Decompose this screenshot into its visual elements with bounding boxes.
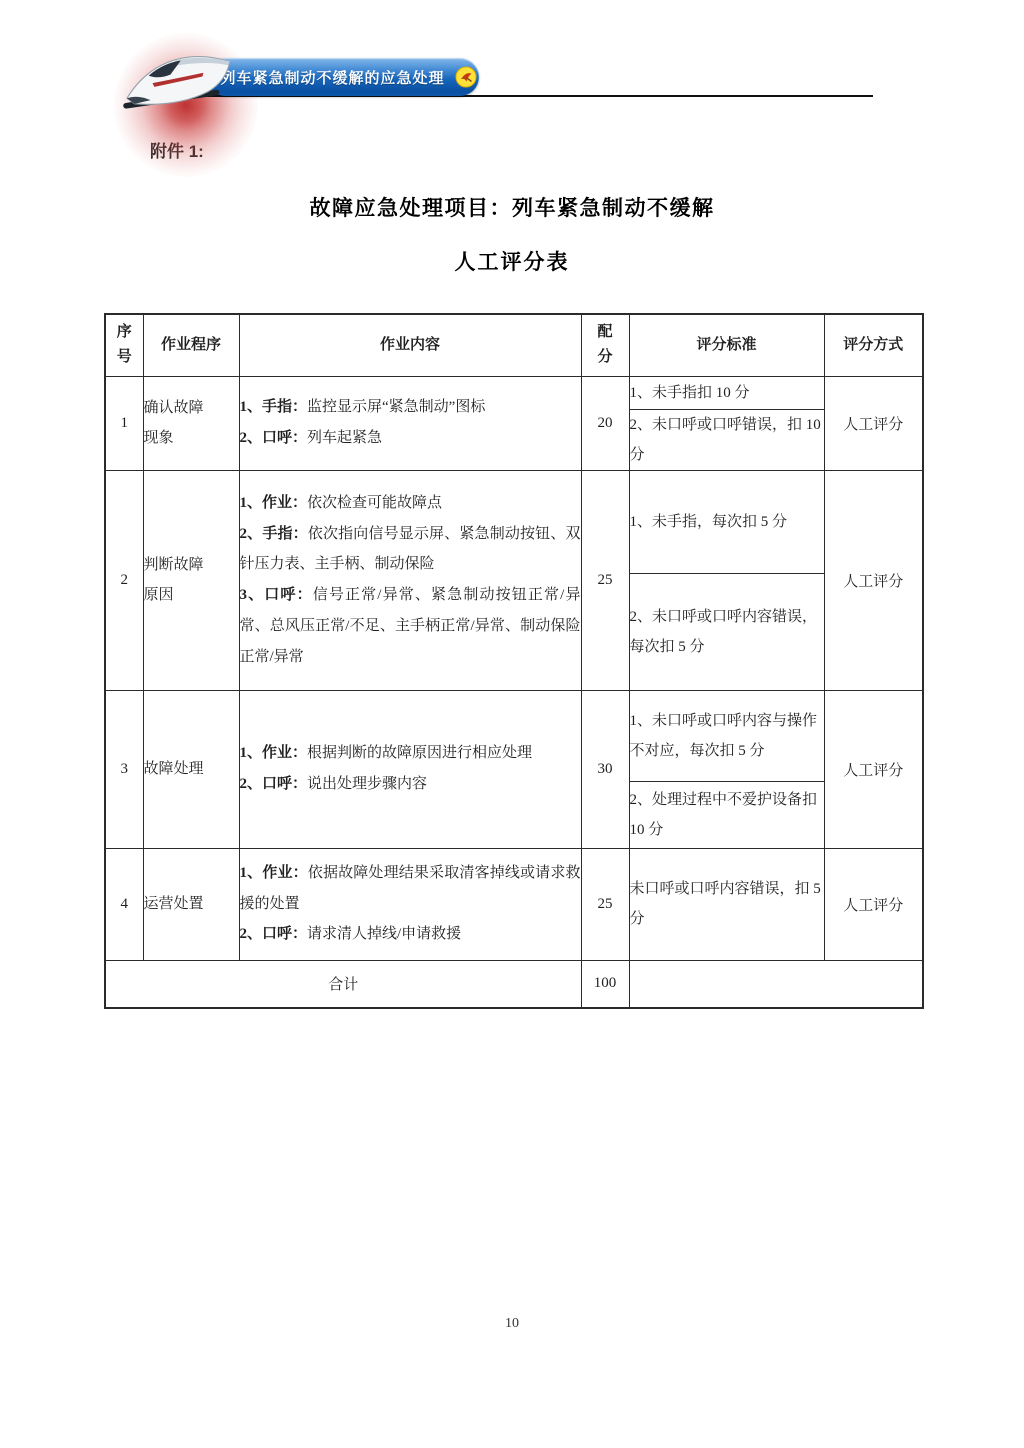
score-table: 序号 作业程序 作业内容 配分 评分标准 评分方式 1 确认故障现象 1、手指：…: [104, 313, 924, 1009]
content-line: 1、作业：依次检查可能故障点: [240, 488, 581, 519]
method-cell: 人工评分: [824, 376, 923, 470]
procedure-cell: 判断故障原因: [143, 470, 239, 690]
criteria-cell: 2、未口呼或口呼错误，扣 10 分: [629, 409, 824, 470]
col-header-procedure: 作业程序: [143, 314, 239, 376]
table-row: 4 运营处置 1、作业：依据故障处理结果采取清客掉线或请求救援的处置 2、口呼：…: [105, 848, 923, 960]
content-cell: 1、作业：根据判断的故障原因进行相应处理 2、口呼：说出处理步骤内容: [239, 690, 581, 848]
content-line: 1、作业：根据判断的故障原因进行相应处理: [240, 738, 581, 769]
criteria-cell: 2、处理过程中不爱护设备扣 10 分: [629, 781, 824, 848]
bold-label: 1、作业：: [240, 495, 308, 511]
score-cell: 30: [581, 690, 629, 848]
badge-icon: [455, 66, 477, 88]
content-cell: 1、作业：依次检查可能故障点 2、手指：依次指向信号显示屏、紧急制动按钮、双针压…: [239, 470, 581, 690]
col-header-criteria: 评分标准: [629, 314, 824, 376]
procedure-cell: 运营处置: [143, 848, 239, 960]
bold-label: 2、口呼：: [240, 926, 308, 942]
score-cell: 25: [581, 470, 629, 690]
col-header-content: 作业内容: [239, 314, 581, 376]
bold-label: 2、口呼：: [240, 430, 308, 446]
document-page: 列车紧急制动不缓解的应急处理 附件 1: 故障应急处理项目：列车紧急制动不缓解 …: [0, 0, 1024, 1448]
table-row: 2 判断故障原因 1、作业：依次检查可能故障点 2、手指：依次指向信号显示屏、紧…: [105, 470, 923, 573]
content-line: 2、手指：依次指向信号显示屏、紧急制动按钮、双针压力表、主手柄、制动保险: [240, 519, 581, 581]
bold-label: 1、作业：: [240, 745, 308, 761]
content-line: 2、口呼：列车起紧急: [240, 423, 581, 454]
content-line: 2、口呼：说出处理步骤内容: [240, 769, 581, 800]
procedure-cell: 故障处理: [143, 690, 239, 848]
score-cell: 25: [581, 848, 629, 960]
bold-label: 2、手指：: [240, 526, 308, 542]
seq-cell: 2: [105, 470, 143, 690]
content-cell: 1、手指：监控显示屏“紧急制动”图标 2、口呼：列车起紧急: [239, 376, 581, 470]
header-banner: 列车紧急制动不缓解的应急处理: [206, 58, 479, 96]
col-header-seq: 序号: [105, 314, 143, 376]
total-score-cell: 100: [581, 960, 629, 1008]
method-cell: 人工评分: [824, 470, 923, 690]
seq-cell: 4: [105, 848, 143, 960]
seq-cell: 1: [105, 376, 143, 470]
doc-subtitle: 人工评分表: [0, 246, 1024, 276]
criteria-cell: 1、未手指扣 10 分: [629, 376, 824, 409]
table-row: 3 故障处理 1、作业：根据判断的故障原因进行相应处理 2、口呼：说出处理步骤内…: [105, 690, 923, 781]
col-header-method: 评分方式: [824, 314, 923, 376]
seq-cell: 3: [105, 690, 143, 848]
bold-label: 2、口呼：: [240, 776, 308, 792]
bold-label: 3、口呼：: [240, 587, 313, 603]
method-cell: 人工评分: [824, 848, 923, 960]
score-cell: 20: [581, 376, 629, 470]
table-total-row: 合计 100: [105, 960, 923, 1008]
content-cell: 1、作业：依据故障处理结果采取清客掉线或请求救援的处置 2、口呼：请求清人掉线/…: [239, 848, 581, 960]
train-logo-icon: [118, 52, 236, 118]
banner-title: 列车紧急制动不缓解的应急处理: [221, 67, 445, 88]
procedure-cell: 确认故障现象: [143, 376, 239, 470]
content-line: 2、口呼：请求清人掉线/申请救援: [240, 919, 581, 950]
criteria-cell: 1、未手指，每次扣 5 分: [629, 470, 824, 573]
bold-label: 1、手指：: [240, 399, 308, 415]
criteria-cell: 1、未口呼或口呼内容与操作不对应，每次扣 5 分: [629, 690, 824, 781]
page-number: 10: [0, 1316, 1024, 1332]
content-line: 3、口呼：信号正常/异常、紧急制动按钮正常/异常、总风压正常/不足、主手柄正常/…: [240, 580, 581, 672]
doc-title: 故障应急处理项目：列车紧急制动不缓解: [0, 192, 1024, 222]
total-empty-cell: [629, 960, 923, 1008]
table-row: 1 确认故障现象 1、手指：监控显示屏“紧急制动”图标 2、口呼：列车起紧急 2…: [105, 376, 923, 409]
col-header-score: 配分: [581, 314, 629, 376]
table-header-row: 序号 作业程序 作业内容 配分 评分标准 评分方式: [105, 314, 923, 376]
criteria-cell: 未口呼或口呼内容错误，扣 5 分: [629, 848, 824, 960]
bold-label: 1、作业：: [240, 865, 308, 881]
criteria-cell: 2、未口呼或口呼内容错误，每次扣 5 分: [629, 573, 824, 690]
content-line: 1、作业：依据故障处理结果采取清客掉线或请求救援的处置: [240, 858, 581, 920]
method-cell: 人工评分: [824, 690, 923, 848]
total-label-cell: 合计: [105, 960, 581, 1008]
content-line: 1、手指：监控显示屏“紧急制动”图标: [240, 392, 581, 423]
